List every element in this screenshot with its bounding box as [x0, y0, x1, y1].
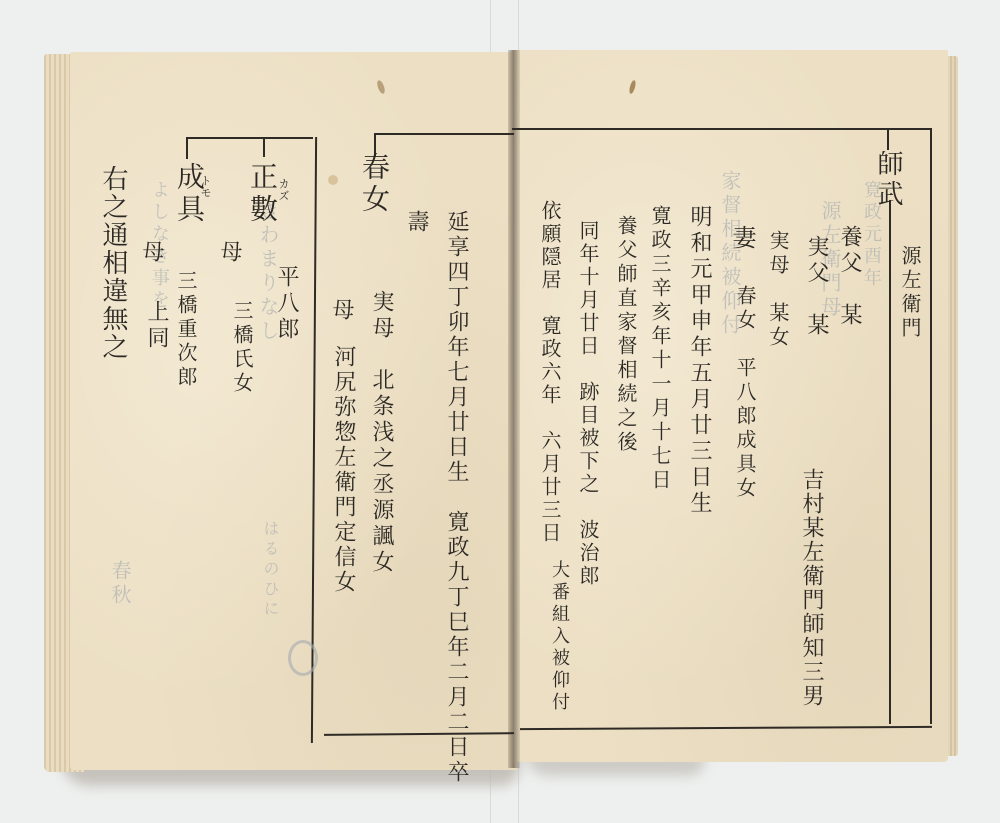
bleed-through-text: はるのひに	[262, 520, 278, 620]
entry-dojo: 上同	[145, 300, 167, 352]
entry-ikko: 依願隠居 寛政六年 六月廿三日	[540, 200, 560, 545]
entry-kotobuki: 壽	[405, 210, 427, 236]
entry-haha-label: 母	[330, 298, 352, 324]
entry-birth-death: 延享四丁卯年七月廿日生 寛政九丁巳年二月二日卒	[445, 210, 467, 785]
entry-kansei-6: 同年十月廿日 跡目被下之 波治郎	[578, 220, 598, 588]
entry-naritomo-haha: 母	[140, 240, 162, 266]
ruby-tomo: トモ	[200, 175, 211, 199]
entry-heihachiro: 平八郎	[275, 265, 297, 343]
entry-naritomo-mother: 三橋重次郎	[176, 270, 196, 390]
entry-masakazu-mother: 三橋氏女	[232, 300, 252, 396]
genealogy-bracket-line	[887, 128, 889, 150]
entry-mother-1: 実母 北条浅之丞源諷女	[370, 290, 392, 576]
entry-last: 大番組入被仰付	[550, 560, 568, 714]
entry-jitsubo: 実母 某女	[768, 230, 788, 350]
entry-hoko: 養父師直家督相続之後	[616, 215, 636, 455]
entry-tsuma: 春女 平八郎成具女	[735, 285, 755, 501]
genealogy-bracket-line	[186, 137, 313, 139]
entry-tsuma-label: 妻	[730, 225, 754, 253]
entry-kashi-musume: 春女	[360, 152, 388, 216]
entry-yofu: 養父 某	[838, 225, 860, 329]
page-frame-line	[930, 128, 932, 724]
bleed-through-text: 春秋	[110, 560, 130, 608]
entry-meiwa: 明和元甲申年五月廿三日生	[688, 205, 710, 517]
genealogy-bracket-line	[263, 137, 265, 157]
page-frame-line	[512, 128, 932, 130]
entry-genzaemon: 源左衛門	[900, 245, 920, 341]
entry-mother-2: 河尻弥惣左衛門定信女	[332, 345, 354, 595]
bleed-through-seal	[288, 640, 318, 676]
genealogy-bracket-line	[374, 133, 514, 135]
entry-masakazu: 正數	[248, 162, 276, 226]
entry-masakazu-haha: 母	[218, 240, 240, 266]
book-gutter	[508, 50, 520, 768]
genealogy-bracket-line	[186, 137, 188, 159]
entry-far-left: 右之通相違無之	[100, 165, 126, 361]
entry-yoshimura: 吉村某左衛門師知三男	[800, 468, 822, 708]
ruby-kazu: カズ	[278, 178, 289, 202]
entry-kansei-3: 寛政三辛亥年十一月十七日	[650, 205, 670, 493]
entry-heading-shibu: 師武	[875, 150, 901, 210]
paper-stain	[328, 175, 338, 185]
page-frame-line	[889, 200, 891, 724]
entry-jitsubun: 実父 某	[805, 235, 827, 339]
